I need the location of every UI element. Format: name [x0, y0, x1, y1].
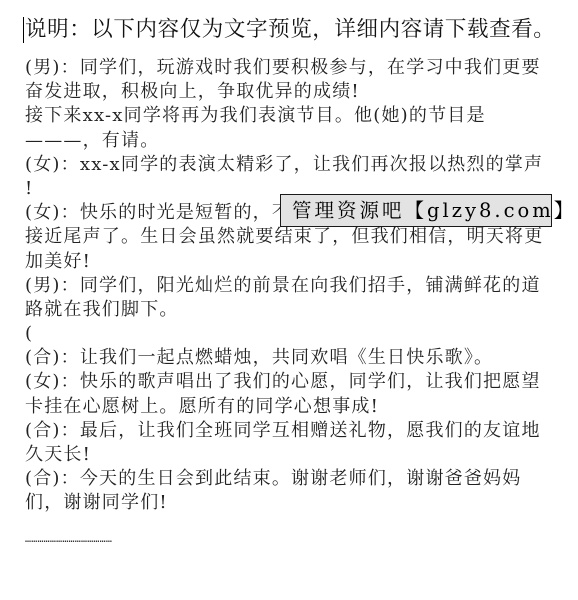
document-line: ( — [25, 322, 545, 346]
preview-notice: 说明：以下内容仅为文字预览，详细内容请下载查看。 — [25, 15, 555, 45]
document-line: 们，谢谢同学们! — [25, 491, 545, 515]
document-line: (男)：同学们，阳光灿烂的前景在向我们招手，铺满鲜花的道 — [25, 274, 545, 298]
document-line: 加美好! — [25, 250, 545, 274]
document-line: (女)：快乐的歌声唱出了我们的心愿，同学们，让我们把愿望 — [25, 370, 545, 394]
document-line: ———，有请。 — [25, 129, 545, 153]
text-cursor — [23, 17, 24, 43]
document-line: 久天长! — [25, 443, 545, 467]
document-line: (合)：让我们一起点燃蜡烛，共同欢唱《生日快乐歌》。 — [25, 346, 545, 370]
document-line: 卡挂在心愿树上。愿所有的同学心想事成! — [25, 395, 545, 419]
watermark-banner: 管理资源吧【glzy8.com】 — [280, 194, 552, 227]
document-line: (合)：今天的生日会到此结束。谢谢老师们，谢谢爸爸妈妈 — [25, 467, 545, 491]
document-line: 接下来xx-x同学将再为我们表演节目。他(她)的节目是 — [25, 104, 545, 128]
document-line: (女)：xx-x同学的表演太精彩了，让我们再次报以热烈的掌声 — [25, 153, 545, 177]
document-line: 接近尾声了。生日会虽然就要结束了，但我们相信，明天将更 — [25, 225, 545, 249]
document-line: 路就在我们脚下。 — [25, 298, 545, 322]
document-line: 奋发进取，积极向上，争取优异的成绩! — [25, 80, 545, 104]
truncation-ellipsis: …………………………………… — [25, 534, 112, 545]
document-body: (男)：同学们，玩游戏时我们要积极参与，在学习中我们更要 奋发进取，积极向上，争… — [25, 56, 545, 516]
document-line: (男)：同学们，玩游戏时我们要积极参与，在学习中我们更要 — [25, 56, 545, 80]
document-line: (合)：最后，让我们全班同学互相赠送礼物，愿我们的友谊地 — [25, 419, 545, 443]
